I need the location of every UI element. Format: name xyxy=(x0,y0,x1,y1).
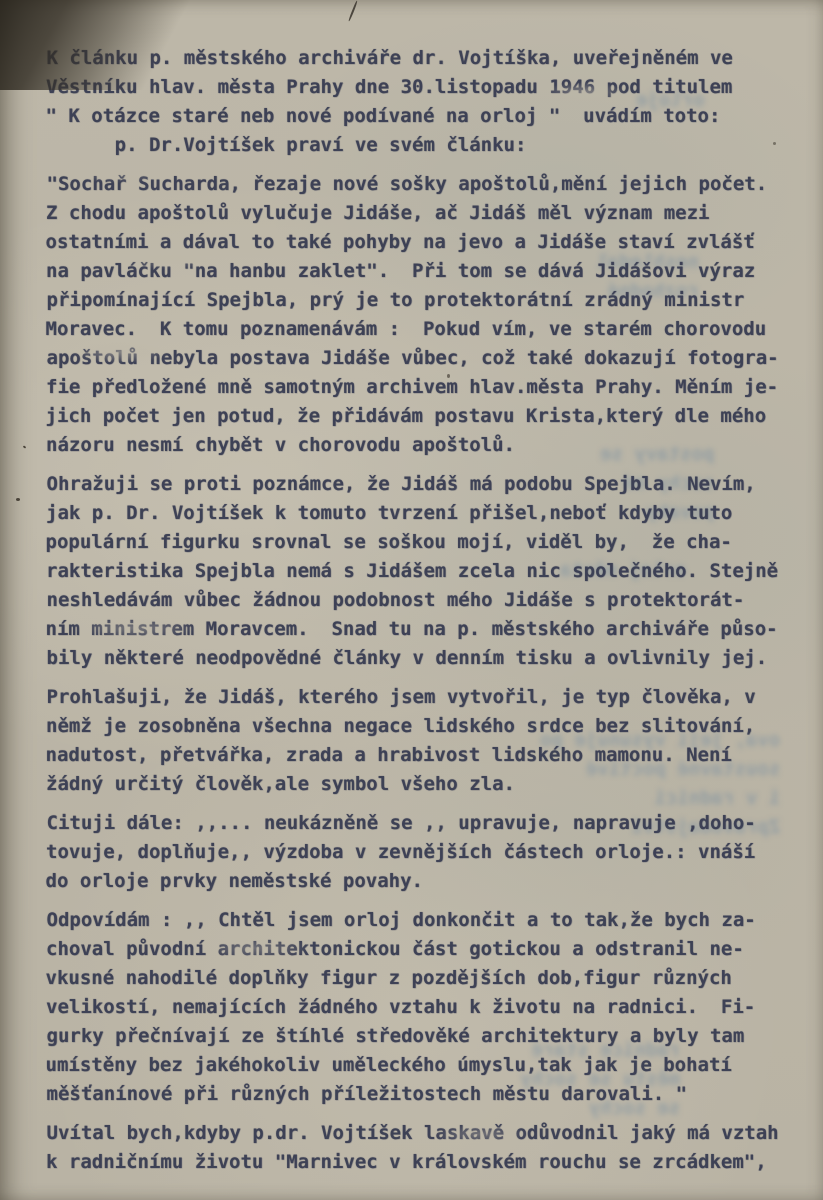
text-line: jich počet jen potud, že přidávám postav… xyxy=(46,402,803,431)
text-line: fie předložené mně samotným archivem hla… xyxy=(46,373,803,402)
scan-hair-mark xyxy=(348,0,358,21)
text-line: gurky přečnívají ze štíhlé středověké ar… xyxy=(47,1022,804,1051)
text-line: Věstníku hlav. města Prahy dne 30.listop… xyxy=(46,73,803,102)
paper-speck xyxy=(16,498,20,501)
text-line: Prohlašuji, že Jidáš, kterého jsem vytvo… xyxy=(47,683,804,712)
text-line: němž je zosobněna všechna negace lidskéh… xyxy=(46,712,803,741)
text-line: Z chodu apoštolů vylučuje Jidáše, ač Jid… xyxy=(46,199,803,228)
text-line: p. Dr.Vojtíšek praví ve svém článku: xyxy=(46,131,803,160)
paragraph: Cituji dále: ,,... neukázněně se ,, upra… xyxy=(46,809,803,896)
scanned-page: neshledal rozhodnéorlojepostavy se sochy… xyxy=(0,0,823,1200)
text-line: velikostí, nemajících žádného vztahu k ž… xyxy=(46,993,803,1022)
text-line: názoru nesmí chybět v chorovodu apoštolů… xyxy=(46,431,803,460)
text-line: jak p. Dr. Vojtíšek k tomuto tvrzení při… xyxy=(46,499,803,528)
paragraph: Odpovídám : ,, Chtěl jsem orloj donkonči… xyxy=(46,906,803,1109)
text-line: tovuje, doplňuje,, výzdoba v zevnějších … xyxy=(46,838,803,867)
text-line: do orloje prvky neměstské povahy. xyxy=(46,867,803,896)
text-line: Ohražuji se proti poznámce, že Jidáš má … xyxy=(47,470,804,499)
text-line: umístěny bez jakéhokoliv uměleckého úmys… xyxy=(46,1051,803,1080)
text-line: "Sochař Sucharda, řezaje nové sošky apoš… xyxy=(47,170,804,199)
typewritten-text: K článku p. městského archiváře dr. Vojt… xyxy=(46,44,803,1187)
text-line: " K otázce staré neb nové podívané na or… xyxy=(46,102,803,131)
text-line: Uvítal bych,kdyby p.dr. Vojtíšek laskavě… xyxy=(47,1119,804,1148)
text-line: ostatními a dával to také pohyby na jevo… xyxy=(46,228,803,257)
text-line: apoštolů nebyla postava Jidáše vůbec, co… xyxy=(47,344,804,373)
paragraph: "Sochař Sucharda, řezaje nové sošky apoš… xyxy=(46,170,803,460)
paragraph: Prohlašuji, že Jidáš, kterého jsem vytvo… xyxy=(46,683,803,799)
text-line: bily některé neodpovědné články v denním… xyxy=(47,644,804,673)
text-line: K článku p. městského archiváře dr. Vojt… xyxy=(47,44,804,73)
paragraph: K článku p. městského archiváře dr. Vojt… xyxy=(46,44,803,160)
text-line: populární figurku srovnal se soškou mojí… xyxy=(46,528,803,557)
text-line: nadutost, přetvářka, zrada a hrabivost l… xyxy=(46,741,803,770)
text-line: Cituji dále: ,,... neukázněně se ,, upra… xyxy=(47,809,804,838)
text-line: ním ministrem Moravcem. Snad tu na p. mě… xyxy=(46,615,803,644)
paper-speck xyxy=(23,445,27,448)
text-line: rakteristika Spejbla nemá s Jidášem zcel… xyxy=(46,557,803,586)
text-line: choval původní architektonickou část got… xyxy=(46,935,803,964)
text-line: Odpovídám : ,, Chtěl jsem orloj donkonči… xyxy=(47,906,804,935)
text-line: k radničnímu životu "Marnivec v královsk… xyxy=(46,1148,803,1177)
text-line: měšťanínové při různých příležitostech m… xyxy=(47,1080,804,1109)
paragraph: Uvítal bych,kdyby p.dr. Vojtíšek laskavě… xyxy=(46,1119,803,1177)
text-line: neshledávám vůbec žádnou podobnost mého … xyxy=(47,586,804,615)
text-line: žádný určitý člověk,ale symbol všeho zla… xyxy=(46,770,803,799)
text-line: připomínající Spejbla, prý je to protekt… xyxy=(47,286,804,315)
paragraph: Ohražuji se proti poznámce, že Jidáš má … xyxy=(46,470,803,673)
text-line: na pavláčku "na hanbu zaklet". Při tom s… xyxy=(46,257,803,286)
text-line: Moravec. K tomu poznamenávám : Pokud vím… xyxy=(46,315,803,344)
text-line: vkusné nahodilé doplňky figur z pozdější… xyxy=(46,964,803,993)
